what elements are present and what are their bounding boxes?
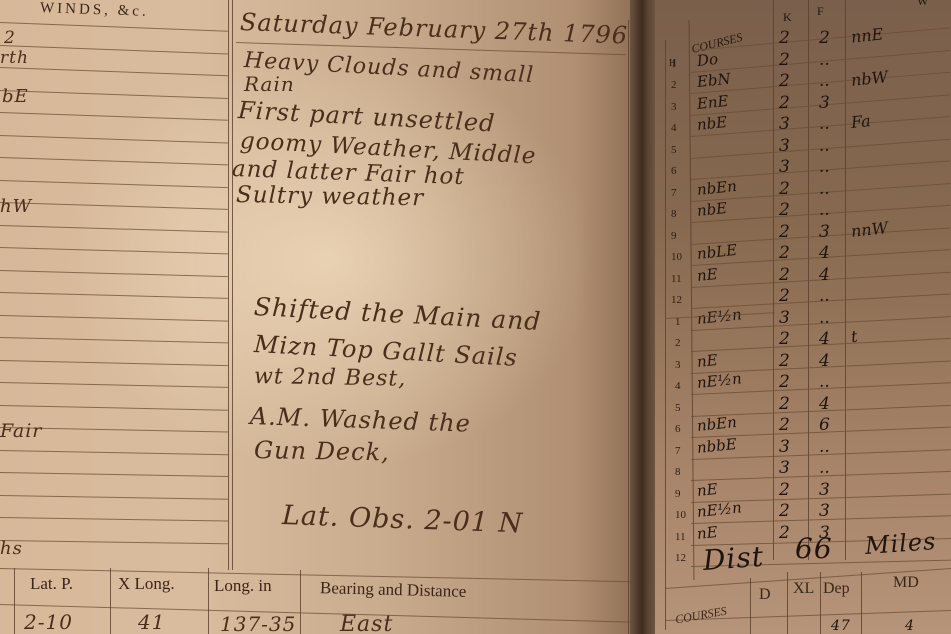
course-cell: nE½n [696, 498, 742, 521]
knots-cell: 2 [779, 394, 790, 414]
knots-cell: 2 [779, 523, 790, 543]
table-border [665, 40, 666, 630]
ruled-line [0, 405, 228, 411]
left-page: WINDS, &c. 2 rth bE hW Fair hs Saturday … [0, 0, 640, 634]
col-header-bearing-distance: Bearing and Distance [320, 578, 467, 602]
hour-cell: 7 [671, 187, 677, 199]
remark-line: Rain [244, 72, 295, 96]
winds-entry: hW [0, 196, 32, 217]
knots-cell: 2 [779, 50, 790, 70]
hour-cell: 3 [671, 101, 677, 113]
fathoms-cell: 4 [819, 243, 830, 263]
knots-cell: 2 [779, 222, 790, 242]
winds-entry: bE [2, 86, 29, 107]
knots-cell: 2 [779, 480, 790, 500]
ruled-line [0, 90, 228, 99]
column-divider [232, 0, 233, 570]
column-divider [110, 568, 111, 634]
wind-cell: nnE [850, 24, 884, 46]
ruled-line [0, 315, 228, 322]
ruled-line [0, 22, 228, 32]
hour-cell: 12 [675, 552, 686, 564]
knots-cell: 2 [779, 265, 790, 285]
knots-cell: 2 [779, 415, 790, 435]
hour-cell: 8 [675, 466, 681, 478]
course-cell: EnE [696, 91, 729, 112]
knots-cell: 3 [779, 136, 790, 156]
course-cell: EbN [696, 70, 731, 91]
course-cell: nbE [696, 113, 728, 134]
winds-entry: Fair [0, 420, 42, 442]
ruled-line [0, 360, 228, 366]
ruled-line [0, 202, 228, 210]
col-header-xl: XL [793, 580, 814, 598]
hour-cell: 9 [675, 488, 681, 500]
hour-cell: 4 [675, 380, 681, 392]
ruled-line [0, 292, 228, 299]
knots-cell: 3 [779, 458, 790, 478]
remark-line: Gun Deck, [254, 436, 390, 466]
fathoms-cell: .. [819, 114, 830, 134]
course-cell: nbbE [696, 434, 737, 456]
fathoms-cell: .. [819, 437, 830, 457]
page-border [628, 20, 629, 634]
winds-entry: hs [0, 538, 23, 559]
wind-cell: nnW [850, 218, 889, 241]
course-cell: nbE [696, 199, 728, 220]
ruled-line [0, 135, 228, 144]
knots-cell: 2 [779, 28, 790, 48]
knots-cell: 2 [779, 243, 790, 263]
hour-cell: 10 [675, 509, 686, 521]
cell-x-long: 41 [138, 610, 165, 634]
ruled-line [0, 247, 228, 254]
ruled-line [0, 180, 228, 188]
wind-cell: Fa [850, 111, 871, 132]
fathoms-cell: .. [819, 157, 830, 177]
hour-cell: 4 [671, 122, 677, 134]
ruled-line [0, 270, 228, 277]
hour-cell: 9 [671, 230, 677, 242]
fathoms-cell: .. [819, 308, 830, 328]
remark-line: A.M. Washed the [250, 402, 472, 438]
hour-cell: 7 [675, 445, 681, 457]
cell-dep: 47 [831, 618, 851, 634]
hour-cell: 11 [675, 531, 686, 543]
ruled-line [0, 495, 228, 500]
col-header-knots: K [783, 10, 792, 25]
knots-cell: 2 [779, 71, 790, 91]
wind-cell: t [850, 327, 858, 347]
fathoms-cell: 4 [819, 394, 830, 414]
col-header-winds: W [917, 0, 928, 9]
ruled-line [0, 337, 228, 343]
col-header-d: D [759, 586, 771, 604]
course-cell: nE [696, 264, 718, 284]
fathoms-cell: .. [819, 50, 830, 70]
fathoms-cell: .. [819, 372, 830, 392]
cell-long-in: 137-35 [220, 612, 296, 634]
winds-column-header: WINDS, &c. [40, 0, 149, 21]
course-cell: Do [696, 49, 719, 69]
ruled-line [0, 157, 228, 165]
fathoms-cell: .. [819, 458, 830, 478]
col-header-dep: Dep [823, 580, 850, 598]
knots-cell: 2 [779, 329, 790, 349]
col-header-x-long: X Long. [118, 574, 175, 594]
winds-entry: 2 [4, 28, 16, 48]
knots-cell: 2 [779, 93, 790, 113]
remark-line: Shifted the Main and [253, 292, 542, 336]
column-divider [845, 0, 846, 560]
col-header-long-in: Long. in [214, 576, 272, 596]
cell-bearing: East [340, 612, 393, 634]
knots-cell: 2 [779, 200, 790, 220]
course-cell: nbEn [696, 176, 738, 198]
hour-cell: 10 [671, 251, 682, 263]
ruled-line [0, 517, 228, 522]
fathoms-cell: .. [819, 200, 830, 220]
knots-cell: 3 [779, 437, 790, 457]
hour-cell: 2 [671, 79, 677, 91]
hour-cell: 11 [671, 273, 682, 285]
fathoms-cell: 4 [819, 329, 830, 349]
hour-cell: 5 [671, 144, 677, 156]
knots-cell: 2 [779, 286, 790, 306]
hour-cell: 5 [675, 402, 681, 414]
hour-cell: 2 [675, 337, 681, 349]
column-divider [861, 572, 862, 634]
cell-md: 4 [905, 618, 915, 634]
column-divider [773, 0, 774, 560]
column-divider [300, 570, 301, 634]
fathoms-cell: 3 [819, 480, 830, 500]
knots-cell: 3 [779, 114, 790, 134]
remark-line: Sultry weather [236, 182, 425, 211]
column-divider [689, 20, 695, 580]
column-divider [228, 0, 229, 570]
course-cell: nE½n [696, 369, 742, 392]
fathoms-cell: .. [819, 179, 830, 199]
knots-cell: 2 [779, 351, 790, 371]
knots-cell: 3 [779, 308, 790, 328]
observed-latitude: Lat. Obs. 2-01 N [281, 500, 523, 539]
knots-cell: 2 [779, 372, 790, 392]
table-header-rule [0, 604, 640, 623]
ruled-line [0, 382, 228, 388]
fathoms-cell: 2 [819, 28, 830, 48]
winds-entry: rth [0, 48, 29, 68]
course-cell: nE [696, 522, 718, 542]
course-cell: nbLE [696, 241, 738, 263]
distance-unit: Miles [864, 527, 937, 560]
knots-cell: 2 [779, 179, 790, 199]
fathoms-cell: .. [819, 136, 830, 156]
column-divider [14, 568, 15, 634]
ruled-line [0, 540, 228, 544]
fathoms-cell: 4 [819, 265, 830, 285]
ruled-line [0, 45, 228, 55]
column-divider [208, 568, 209, 634]
knots-cell: 3 [779, 157, 790, 177]
hour-cell: 12 [671, 294, 682, 306]
col-header-md: MD [893, 574, 919, 592]
hour-cell: 6 [671, 165, 677, 177]
col-header-courses: COURSES [674, 604, 728, 628]
fathoms-cell: .. [819, 286, 830, 306]
course-cell: nE [696, 350, 718, 370]
hour-cell: 6 [675, 423, 681, 435]
distance-value: 66 [795, 532, 833, 565]
fathoms-cell: 6 [819, 415, 830, 435]
fathoms-cell: 3 [819, 222, 830, 242]
ruled-line [0, 450, 228, 455]
ruled-line [0, 225, 228, 233]
hour-cell: 3 [675, 359, 681, 371]
right-page: H COURSES K F W 22nnE1Do2..2EbN2..nbW3En… [655, 0, 951, 634]
remark-line: wt 2nd Best, [254, 364, 407, 392]
hour-cell: 1 [671, 58, 677, 70]
col-header-lat-p: Lat. P. [30, 574, 73, 594]
distance-label: Dist [702, 540, 765, 577]
col-header-fathoms: F [817, 4, 824, 19]
ruled-line [0, 112, 228, 121]
wind-cell: nbW [850, 67, 889, 90]
column-divider [787, 572, 788, 634]
hour-cell: 8 [671, 208, 677, 220]
fathoms-cell: 3 [819, 501, 830, 521]
knots-cell: 2 [779, 501, 790, 521]
course-cell: nE [696, 479, 718, 499]
ruled-line [0, 472, 228, 477]
column-divider [820, 572, 821, 634]
fathoms-cell: 3 [819, 93, 830, 113]
column-divider [750, 578, 751, 634]
ruled-line [0, 67, 228, 76]
fathoms-cell: 4 [819, 351, 830, 371]
cell-lat-p: 2-10 [24, 610, 73, 634]
fathoms-cell: .. [819, 71, 830, 91]
course-cell: nbEn [696, 413, 738, 435]
